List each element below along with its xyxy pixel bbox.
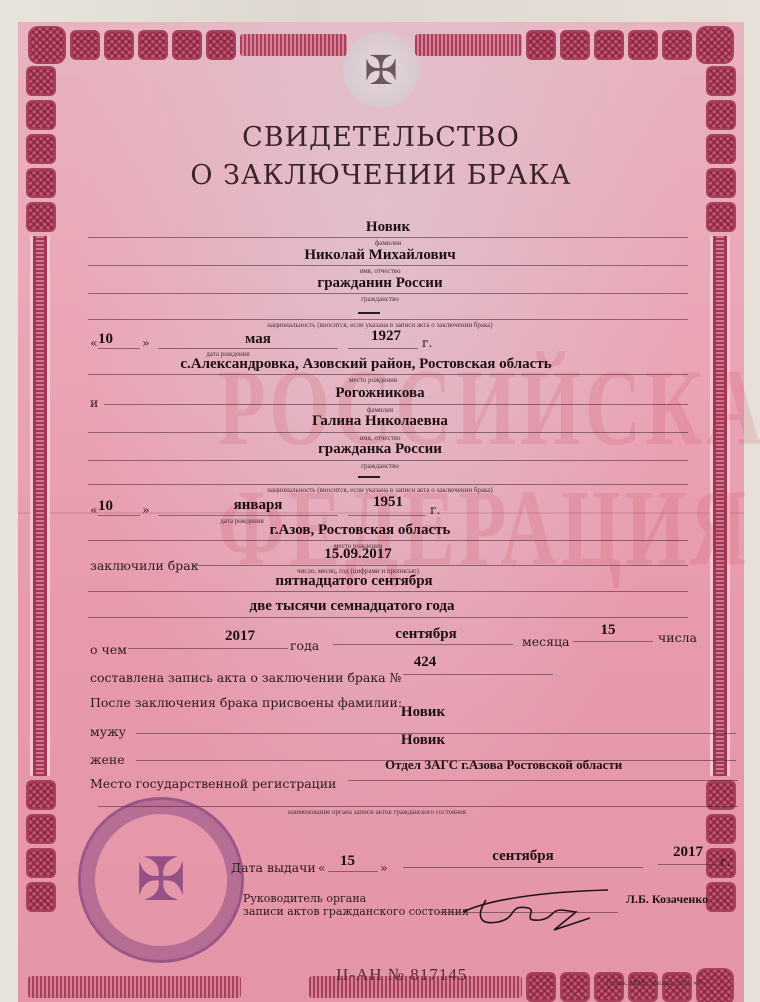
wife-new-surname: Новик [401, 732, 445, 749]
wife-birth-month: января [234, 497, 283, 514]
wife-birthplace: г.Азов, Ростовская область [270, 522, 451, 539]
husband-citizenship: гражданин России [317, 275, 442, 292]
wife-surname: Рогожникова [335, 385, 424, 402]
marriage-date-numeric: 15.09.2017 [324, 546, 392, 563]
caption: гражданство [361, 462, 399, 470]
certificate-title-line1: СВИДЕТЕЛЬСТВО [18, 122, 744, 153]
signatory-role-1: Руководитель органа [243, 892, 366, 905]
conjunction-and: и [90, 395, 98, 410]
left-ornament-border [30, 66, 52, 946]
caption: наименование органа записи актов граждан… [288, 808, 466, 816]
caption: фамилия [375, 239, 401, 247]
marriage-label: заключили брак [90, 558, 199, 573]
husband-birth-year: 1927 [371, 328, 401, 345]
signatory-role-2: записи актов гражданского состояния [243, 905, 469, 918]
record-number-label: составлена запись акта о заключении брак… [90, 670, 401, 685]
record-day: 15 [601, 622, 616, 639]
husband-name: Николай Михайлович [304, 247, 455, 264]
caption: имя, отчество [359, 267, 400, 275]
surnames-heading: После заключения брака присвоены фамилии… [90, 695, 402, 710]
marriage-certificate: ✠ РОССИЙСКАЯ ФЕДЕРАЦИЯ СВИДЕТЕЛЬСТВО О З… [18, 22, 744, 1002]
wife-citizenship: гражданка России [318, 441, 442, 458]
marriage-date-words-1: пятнадцатого сентября [275, 573, 432, 590]
issue-month: сентября [492, 848, 553, 865]
serial-number: II-АН № 817145 [336, 965, 467, 985]
official-seal-icon: ✠ [78, 797, 244, 963]
wife-birth-year: 1951 [373, 494, 403, 511]
issue-label: Дата выдачи [231, 860, 316, 875]
marriage-date-words-2: две тысячи семнадцатого года [250, 598, 455, 615]
caption: место рождения [349, 376, 397, 384]
printer-imprint: Гознак, МПФ, Москва, 2015, «В» [606, 979, 705, 987]
wife-nationality [358, 476, 380, 478]
issue-year: 2017 [673, 844, 703, 861]
caption: гражданство [361, 295, 399, 303]
wife-name: Галина Николаевна [312, 413, 448, 430]
issue-day: 15 [340, 853, 355, 870]
registration-place: Отдел ЗАГС г.Азова Ростовской области [385, 757, 622, 773]
registration-label: Место государственной регистрации [90, 776, 336, 791]
husband-birthplace: с.Александровка, Азовский район, Ростовс… [180, 356, 551, 373]
certificate-title-line2: О ЗАКЛЮЧЕНИИ БРАКА [18, 160, 744, 191]
signatory-name: Л.Б. Козаченко [626, 892, 708, 907]
husband-birth-month: мая [245, 331, 271, 348]
caption: национальность (вносится, если указана в… [267, 486, 492, 494]
wife-birth-day: 10 [98, 498, 113, 515]
husband-new-surname: Новик [401, 704, 445, 721]
russian-coat-of-arms-icon: ✠ [343, 32, 419, 108]
caption: дата рождения [220, 517, 264, 525]
record-number: 424 [414, 654, 437, 671]
record-month: сентября [395, 626, 456, 643]
husband-birth-day: 10 [98, 331, 113, 348]
husband-surname: Новик [366, 219, 410, 236]
record-year: 2017 [225, 628, 255, 645]
handwritten-signature-icon [458, 882, 618, 932]
husband-nationality [358, 312, 380, 314]
